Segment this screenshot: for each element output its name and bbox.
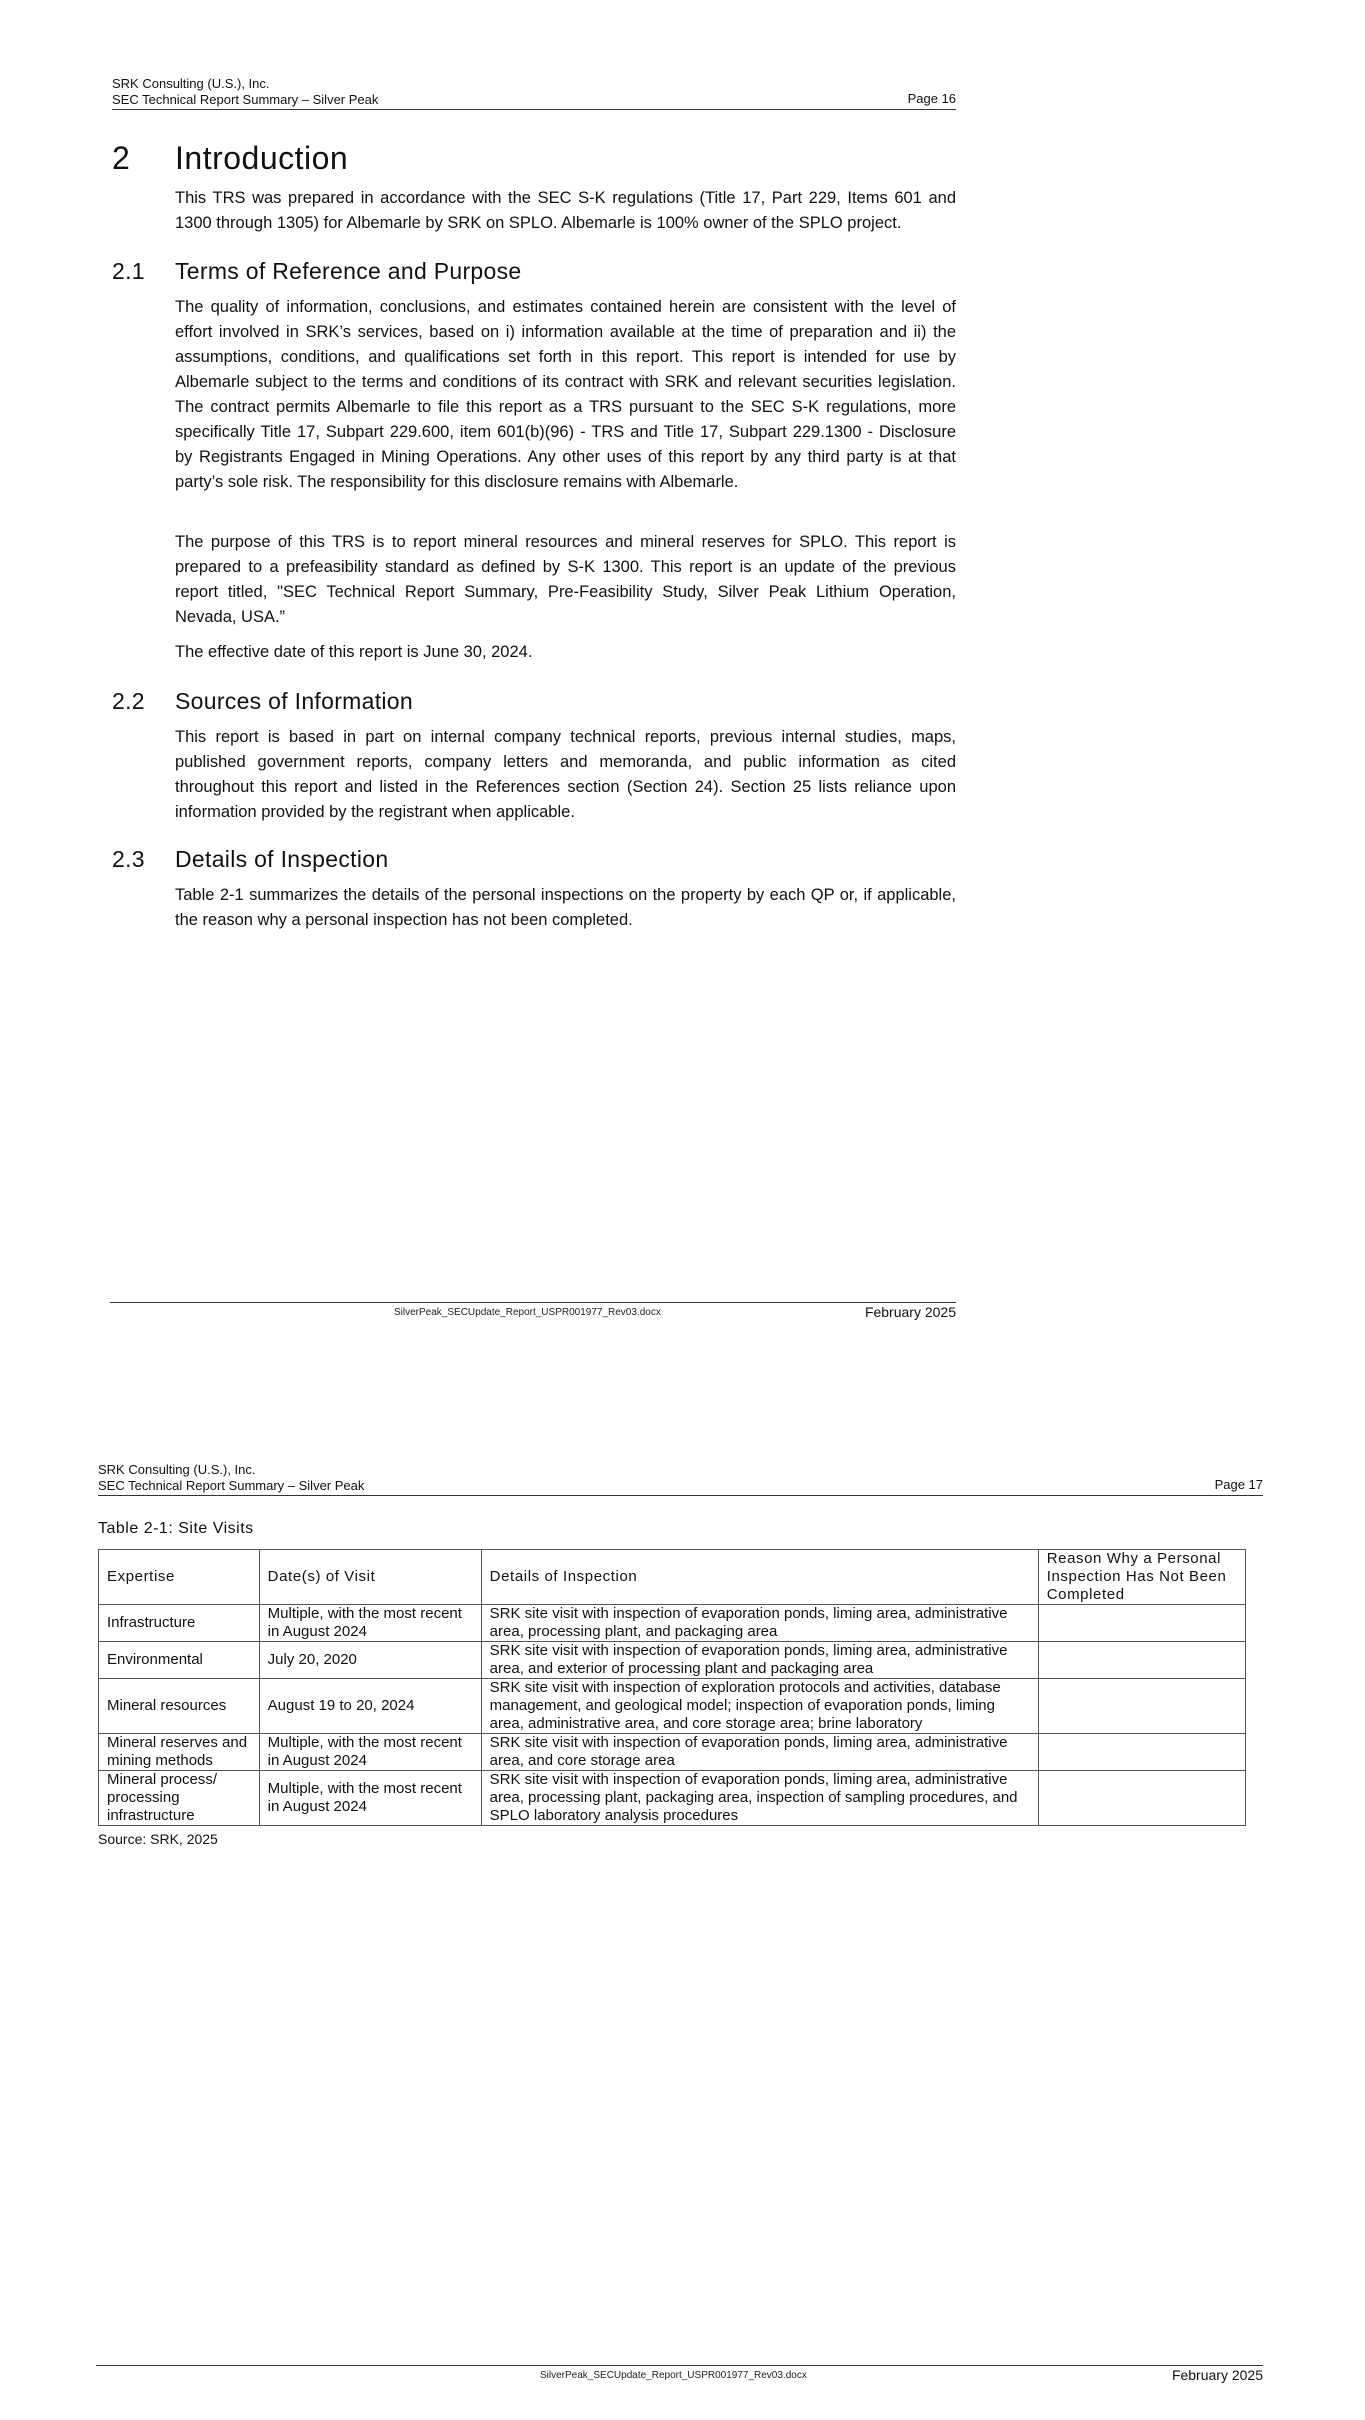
footer-date: February 2025 bbox=[865, 1304, 956, 1320]
subsection-heading-2-2: 2.2Sources of Information bbox=[112, 688, 413, 715]
cell-dates: Multiple, with the most recent in August… bbox=[259, 1605, 481, 1642]
page-footer: SilverPeak_SECUpdate_Report_USPR001977_R… bbox=[96, 2365, 1263, 2386]
column-header: Expertise bbox=[99, 1550, 260, 1605]
subsection-heading-2-3: 2.3Details of Inspection bbox=[112, 846, 388, 873]
column-header: Date(s) of Visit bbox=[259, 1550, 481, 1605]
table-row: Mineral resources August 19 to 20, 2024 … bbox=[99, 1679, 1246, 1734]
page-footer: SilverPeak_SECUpdate_Report_USPR001977_R… bbox=[110, 1302, 956, 1323]
cell-details: SRK site visit with inspection of evapor… bbox=[481, 1605, 1038, 1642]
cell-dates: Multiple, with the most recent in August… bbox=[259, 1734, 481, 1771]
page-header: SRK Consulting (U.S.), Inc. SEC Technica… bbox=[112, 76, 956, 108]
cell-details: SRK site visit with inspection of evapor… bbox=[481, 1642, 1038, 1679]
header-rule bbox=[112, 109, 956, 110]
subsection-title: Terms of Reference and Purpose bbox=[175, 258, 522, 284]
cell-expertise: Mineral reserves and mining methods bbox=[99, 1734, 260, 1771]
column-header: Reason Why a Personal Inspection Has Not… bbox=[1038, 1550, 1245, 1605]
cell-reason bbox=[1038, 1679, 1245, 1734]
table-row: Mineral reserves and mining methods Mult… bbox=[99, 1734, 1246, 1771]
header-company: SRK Consulting (U.S.), Inc. bbox=[98, 1462, 1263, 1478]
page-number: Page 17 bbox=[1215, 1477, 1263, 1493]
cell-reason bbox=[1038, 1605, 1245, 1642]
header-company: SRK Consulting (U.S.), Inc. bbox=[112, 76, 956, 92]
section-number: 2 bbox=[112, 140, 175, 177]
column-header: Details of Inspection bbox=[481, 1550, 1038, 1605]
footer-filename: SilverPeak_SECUpdate_Report_USPR001977_R… bbox=[394, 1307, 661, 1318]
footer-date: February 2025 bbox=[1172, 2367, 1263, 2383]
cell-expertise: Environmental bbox=[99, 1642, 260, 1679]
cell-expertise: Infrastructure bbox=[99, 1605, 260, 1642]
table-caption: Table 2-1: Site Visits bbox=[98, 1520, 254, 1538]
page-17: SRK Consulting (U.S.), Inc. SEC Technica… bbox=[0, 1380, 1365, 2420]
page-header: SRK Consulting (U.S.), Inc. SEC Technica… bbox=[98, 1462, 1263, 1494]
table-source: Source: SRK, 2025 bbox=[98, 1831, 218, 1847]
cell-reason bbox=[1038, 1734, 1245, 1771]
cell-expertise: Mineral process/ processing infrastructu… bbox=[99, 1771, 260, 1826]
page-16: SRK Consulting (U.S.), Inc. SEC Technica… bbox=[0, 0, 1365, 1380]
cell-reason bbox=[1038, 1642, 1245, 1679]
paragraph: This report is based in part on internal… bbox=[175, 725, 956, 825]
site-visits-table: Expertise Date(s) of Visit Details of In… bbox=[98, 1549, 1246, 1826]
header-report-title: SEC Technical Report Summary – Silver Pe… bbox=[98, 1478, 1263, 1494]
paragraph: The effective date of this report is Jun… bbox=[175, 640, 956, 665]
table-header-row: Expertise Date(s) of Visit Details of In… bbox=[99, 1550, 1246, 1605]
section-title: Introduction bbox=[175, 140, 348, 176]
cell-dates: August 19 to 20, 2024 bbox=[259, 1679, 481, 1734]
cell-details: SRK site visit with inspection of explor… bbox=[481, 1679, 1038, 1734]
subsection-number: 2.3 bbox=[112, 846, 175, 873]
subsection-title: Details of Inspection bbox=[175, 846, 388, 872]
table-row: Infrastructure Multiple, with the most r… bbox=[99, 1605, 1246, 1642]
page-number: Page 16 bbox=[908, 91, 956, 107]
cell-dates: July 20, 2020 bbox=[259, 1642, 481, 1679]
cell-details: SRK site visit with inspection of evapor… bbox=[481, 1734, 1038, 1771]
cell-expertise: Mineral resources bbox=[99, 1679, 260, 1734]
intro-paragraph: This TRS was prepared in accordance with… bbox=[175, 186, 956, 236]
cell-reason bbox=[1038, 1771, 1245, 1826]
subsection-number: 2.1 bbox=[112, 258, 175, 285]
section-heading: 2Introduction bbox=[112, 140, 348, 177]
subsection-number: 2.2 bbox=[112, 688, 175, 715]
table-row: Mineral process/ processing infrastructu… bbox=[99, 1771, 1246, 1826]
subsection-title: Sources of Information bbox=[175, 688, 413, 714]
header-report-title: SEC Technical Report Summary – Silver Pe… bbox=[112, 92, 956, 108]
subsection-heading-2-1: 2.1Terms of Reference and Purpose bbox=[112, 258, 522, 285]
paragraph: Table 2-1 summarizes the details of the … bbox=[175, 883, 956, 933]
cell-dates: Multiple, with the most recent in August… bbox=[259, 1771, 481, 1826]
paragraph: The quality of information, conclusions,… bbox=[175, 295, 956, 495]
footer-filename: SilverPeak_SECUpdate_Report_USPR001977_R… bbox=[540, 2370, 807, 2381]
paragraph: The purpose of this TRS is to report min… bbox=[175, 530, 956, 630]
cell-details: SRK site visit with inspection of evapor… bbox=[481, 1771, 1038, 1826]
header-rule bbox=[98, 1495, 1263, 1496]
table-row: Environmental July 20, 2020 SRK site vis… bbox=[99, 1642, 1246, 1679]
